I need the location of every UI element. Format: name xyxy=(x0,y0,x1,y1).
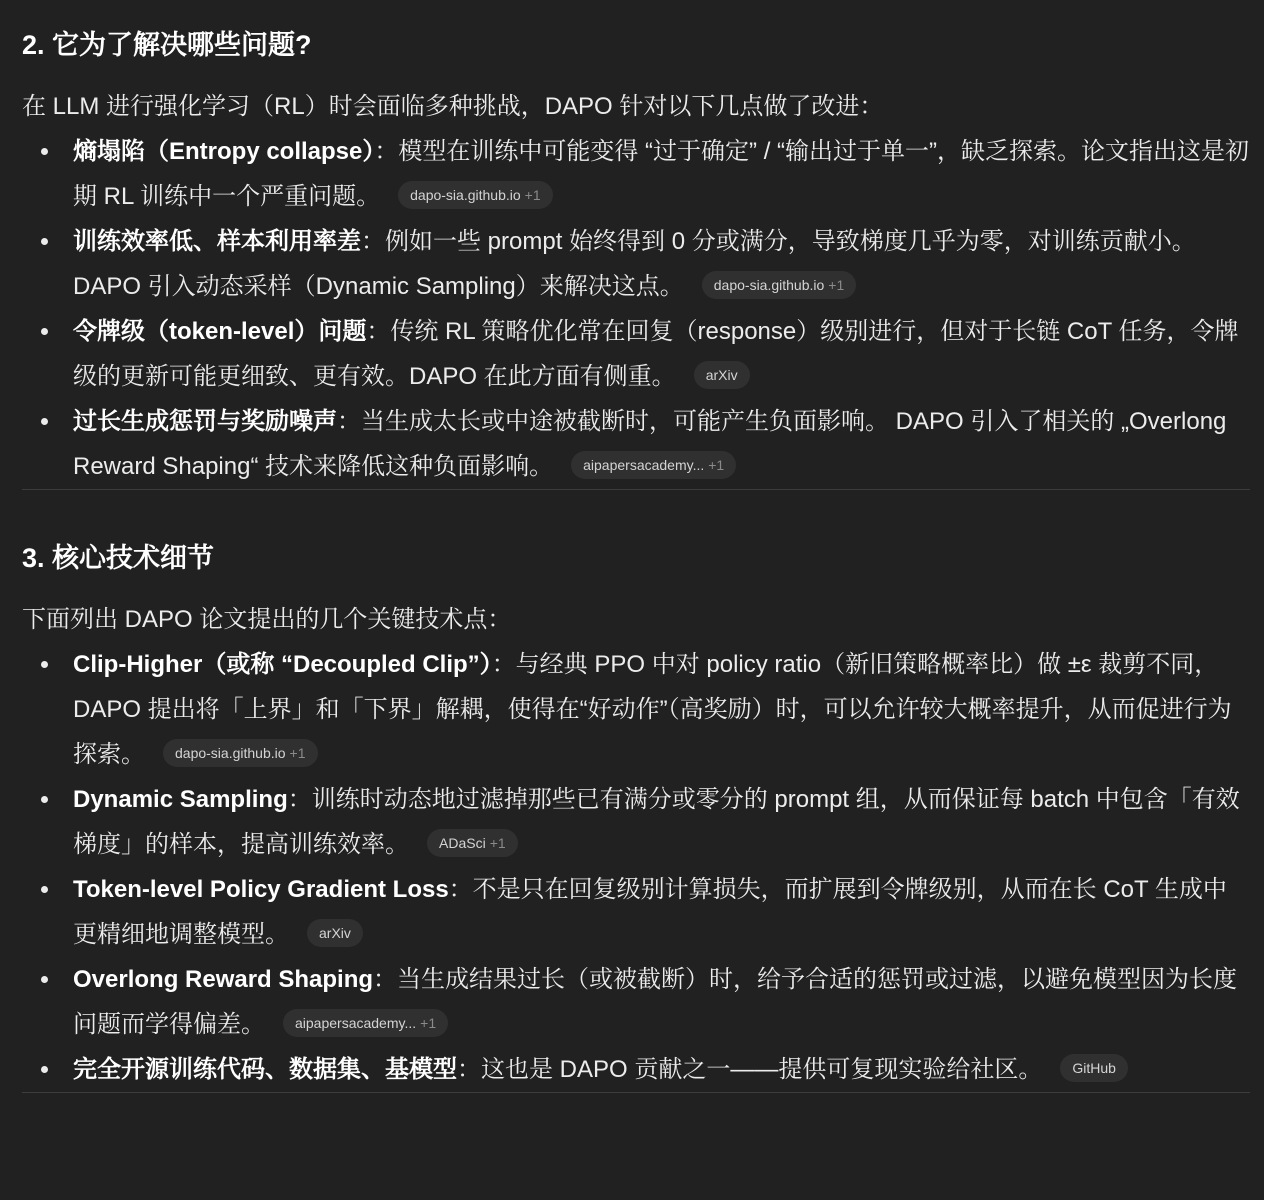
list-item: 完全开源训练代码、数据集、基模型：这也是 DAPO 贡献之一——提供可复现实验给… xyxy=(73,1047,1250,1092)
citation-chip[interactable]: dapo-sia.github.io+1 xyxy=(702,271,857,299)
list-item: 过长生成惩罚与奖励噪声：当生成太长或中途被截断时，可能产生负面影响。 DAPO … xyxy=(73,399,1250,489)
list-item: Token-level Policy Gradient Loss：不是只在回复级… xyxy=(73,867,1250,957)
list-item: Clip-Higher（或称 “Decoupled Clip”）：与经典 PPO… xyxy=(73,642,1250,777)
list-item: 熵塌陷（Entropy collapse）：模型在训练中可能变得 “过于确定” … xyxy=(73,129,1250,219)
item-term: Token-level Policy Gradient Loss xyxy=(73,876,449,903)
section-3-intro: 下面列出 DAPO 论文提出的几个关键技术点： xyxy=(22,597,1250,642)
section-divider xyxy=(22,1092,1250,1093)
item-term: 过长生成惩罚与奖励噪声 xyxy=(73,408,337,435)
list-item: 令牌级（token-level）问题：传统 RL 策略优化常在回复（respon… xyxy=(73,309,1250,399)
list-item: Overlong Reward Shaping：当生成结果过长（或被截断）时，给… xyxy=(73,957,1250,1047)
item-term: 熵塌陷（Entropy collapse） xyxy=(73,138,374,165)
section-2-intro: 在 LLM 进行强化学习（RL）时会面临多种挑战，DAPO 针对以下几点做了改进… xyxy=(22,84,1250,129)
citation-chip[interactable]: ADaSci+1 xyxy=(427,829,518,857)
chat-response-content: 2. 它为了解决哪些问题? 在 LLM 进行强化学习（RL）时会面临多种挑战，D… xyxy=(0,0,1264,1093)
citation-more-count: +1 xyxy=(708,457,724,473)
section-2-list: 熵塌陷（Entropy collapse）：模型在训练中可能变得 “过于确定” … xyxy=(22,129,1250,489)
item-term: 完全开源训练代码、数据集、基模型 xyxy=(73,1056,457,1083)
section-3-list: Clip-Higher（或称 “Decoupled Clip”）：与经典 PPO… xyxy=(22,642,1250,1092)
citation-source: aipapersacademy... xyxy=(583,457,704,473)
citation-chip[interactable]: arXiv xyxy=(694,361,750,389)
list-item: Dynamic Sampling：训练时动态地过滤掉那些已有满分或零分的 pro… xyxy=(73,777,1250,867)
citation-source: dapo-sia.github.io xyxy=(175,745,286,761)
section-3-heading: 3. 核心技术细节 xyxy=(22,490,1250,576)
item-text: ：这也是 DAPO 贡献之一——提供可复现实验给社区。 xyxy=(457,1056,1042,1083)
item-term: 令牌级（token-level）问题 xyxy=(73,318,366,345)
citation-source: arXiv xyxy=(319,925,351,941)
citation-more-count: +1 xyxy=(490,835,506,851)
citation-source: GitHub xyxy=(1072,1060,1116,1076)
section-2-heading: 2. 它为了解决哪些问题? xyxy=(22,0,1250,63)
item-term: Dynamic Sampling xyxy=(73,786,288,813)
citation-more-count: +1 xyxy=(525,187,541,203)
citation-chip[interactable]: arXiv xyxy=(307,919,363,947)
citation-more-count: +1 xyxy=(420,1015,436,1031)
citation-chip[interactable]: aipapersacademy...+1 xyxy=(571,451,736,479)
citation-chip[interactable]: dapo-sia.github.io+1 xyxy=(398,181,553,209)
citation-source: dapo-sia.github.io xyxy=(714,277,825,293)
list-item: 训练效率低、样本利用率差：例如一些 prompt 始终得到 0 分或满分，导致梯… xyxy=(73,219,1250,309)
item-term: Clip-Higher（或称 “Decoupled Clip”） xyxy=(73,651,492,678)
citation-source: aipapersacademy... xyxy=(295,1015,416,1031)
citation-source: dapo-sia.github.io xyxy=(410,187,521,203)
citation-chip[interactable]: aipapersacademy...+1 xyxy=(283,1009,448,1037)
citation-more-count: +1 xyxy=(290,745,306,761)
item-term: Overlong Reward Shaping xyxy=(73,966,373,993)
item-term: 训练效率低、样本利用率差 xyxy=(73,228,361,255)
citation-chip[interactable]: dapo-sia.github.io+1 xyxy=(163,739,318,767)
citation-chip[interactable]: GitHub xyxy=(1060,1054,1128,1082)
citation-more-count: +1 xyxy=(828,277,844,293)
citation-source: ADaSci xyxy=(439,835,486,851)
citation-source: arXiv xyxy=(706,367,738,383)
